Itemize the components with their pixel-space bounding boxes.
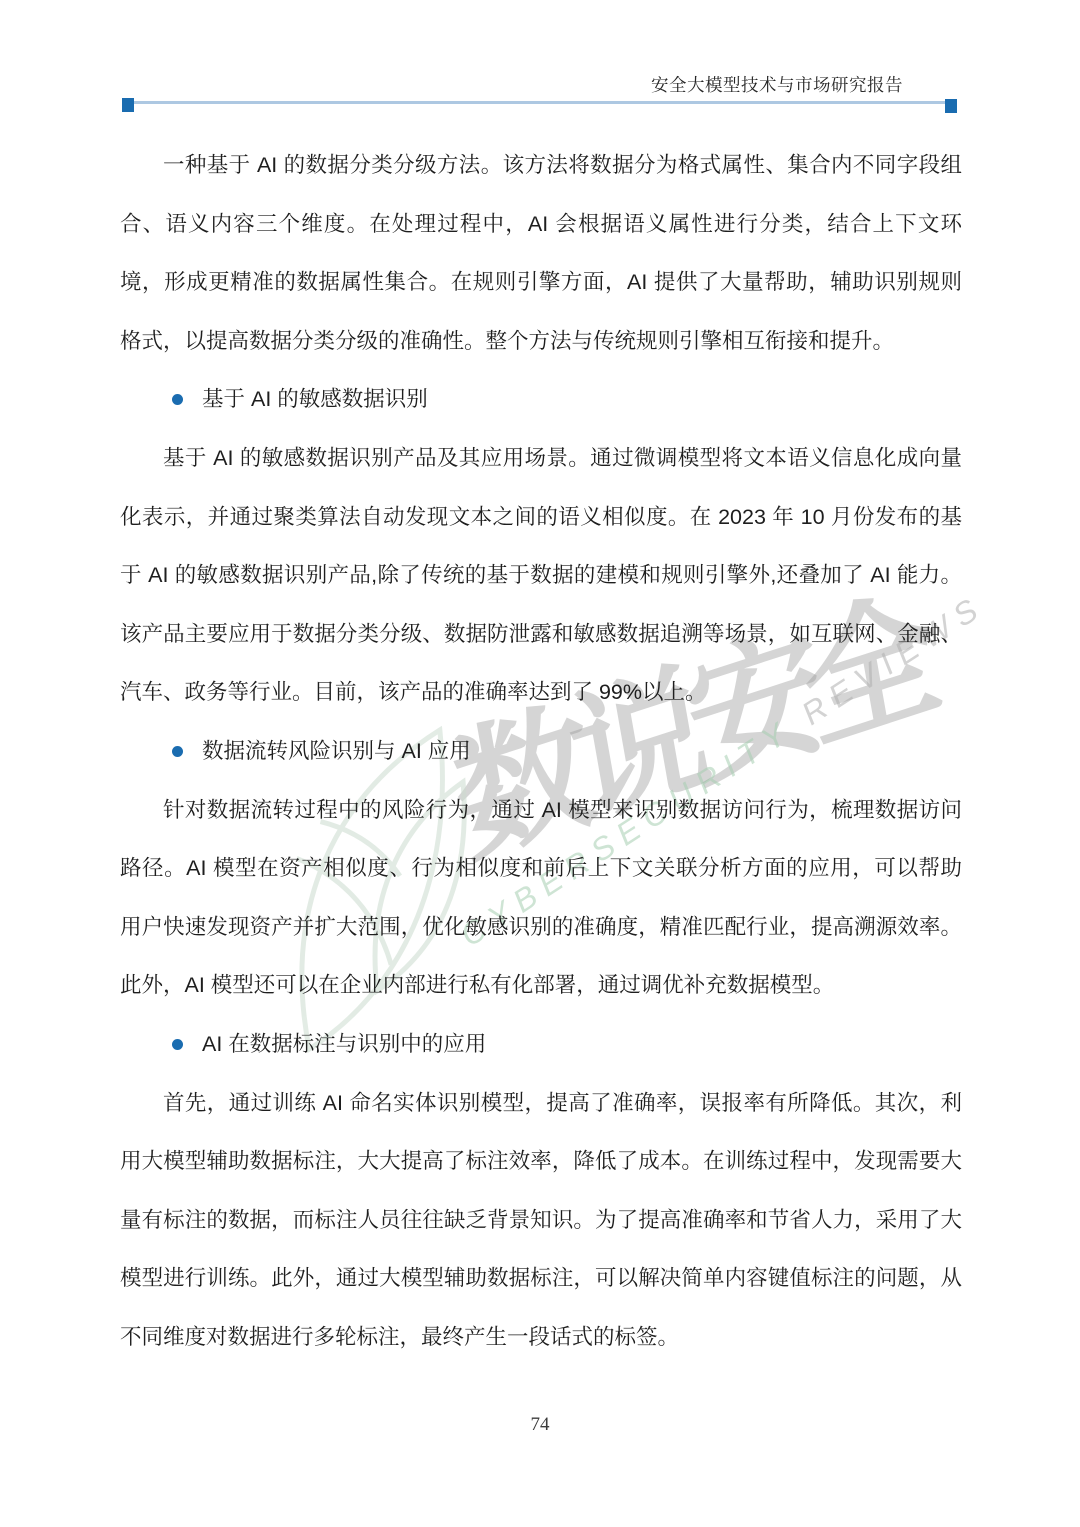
bullet-item: AI 在数据标注与识别中的应用 [120,1015,962,1074]
body-text: 一种基于 AI 的数据分类分级方法。该方法将数据分为格式属性、集合内不同字段组合… [120,136,962,1366]
header-rule-left-square-icon [122,98,134,112]
report-page: 数说安全 CYBERSECURITY REVIEWS 安全大模型技术与市场研究报… [0,0,1080,1527]
paragraph: 首先，通过训练 AI 命名实体识别模型，提高了准确率，误报率有所降低。其次，利用… [120,1074,962,1367]
paragraph: 一种基于 AI 的数据分类分级方法。该方法将数据分为格式属性、集合内不同字段组合… [120,136,962,370]
bullet-item: 基于 AI 的敏感数据识别 [120,370,962,429]
bullet-dot-icon [172,746,183,757]
page-number: 74 [0,1414,1080,1436]
bullet-label: 数据流转风险识别与 AI 应用 [202,739,471,763]
bullet-dot-icon [172,394,183,405]
bullet-label: 基于 AI 的敏感数据识别 [202,387,428,411]
header-rule-right-square-icon [945,99,957,113]
bullet-dot-icon [172,1039,183,1050]
bullet-label: AI 在数据标注与识别中的应用 [202,1032,486,1056]
header-rule [126,101,954,104]
report-header-title: 安全大模型技术与市场研究报告 [651,72,903,97]
bullet-item: 数据流转风险识别与 AI 应用 [120,722,962,781]
paragraph: 针对数据流转过程中的风险行为，通过 AI 模型来识别数据访问行为，梳理数据访问路… [120,781,962,1015]
paragraph: 基于 AI 的敏感数据识别产品及其应用场景。通过微调模型将文本语义信息化成向量化… [120,429,962,722]
